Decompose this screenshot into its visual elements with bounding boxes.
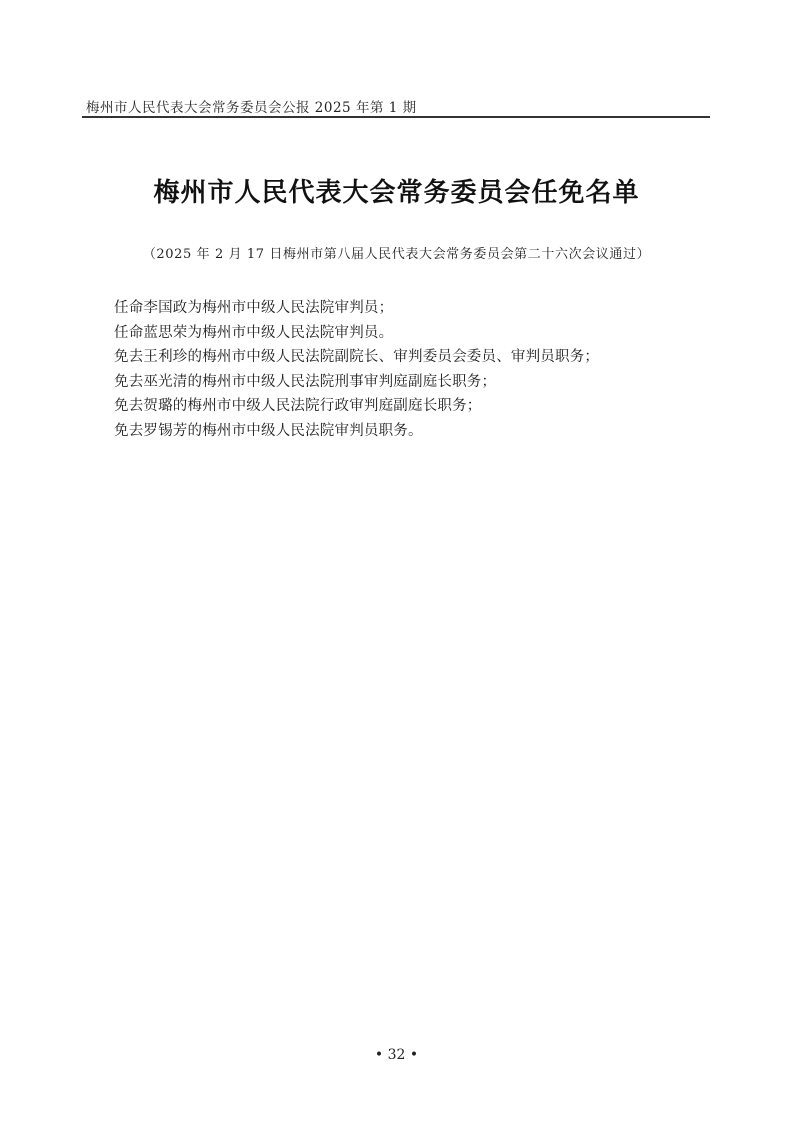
- document-subtitle: （2025 年 2 月 17 日梅州市第八届人民代表大会常务委员会第二十六次会议…: [0, 243, 793, 262]
- running-header: 梅州市人民代表大会常务委员会公报 2025 年第 1 期: [86, 96, 417, 116]
- list-item: 任命李国政为梅州市中级人民法院审判员；: [114, 296, 599, 321]
- page-number: • 32 •: [0, 1047, 793, 1063]
- list-item: 免去罗锡芳的梅州市中级人民法院审判员职务。: [114, 419, 599, 444]
- list-item: 免去贺璐的梅州市中级人民法院行政审判庭副庭长职务；: [114, 394, 599, 419]
- list-item: 免去巫光清的梅州市中级人民法院刑事审判庭副庭长职务；: [114, 370, 599, 395]
- list-item: 任命蓝思荣为梅州市中级人民法院审判员。: [114, 321, 599, 346]
- header-rule: [82, 116, 710, 118]
- document-title: 梅州市人民代表大会常务委员会任免名单: [0, 172, 793, 209]
- list-item: 免去王利珍的梅州市中级人民法院副院长、审判委员会委员、审判员职务；: [114, 345, 599, 370]
- appointment-list: 任命李国政为梅州市中级人民法院审判员； 任命蓝思荣为梅州市中级人民法院审判员。 …: [114, 296, 599, 444]
